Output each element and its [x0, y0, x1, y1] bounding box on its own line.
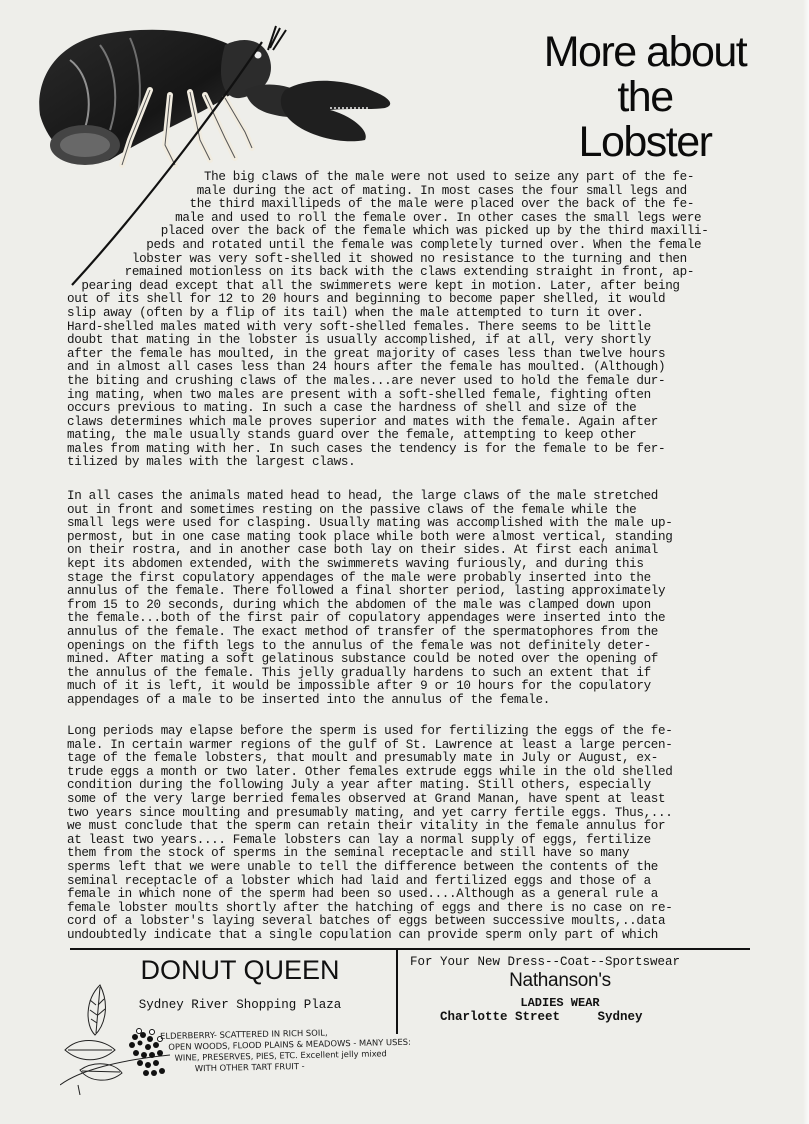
article-text-line: two years since moulting and presumably …	[67, 807, 767, 821]
article-text-line: the third maxillipeds of the male were p…	[67, 198, 767, 212]
article-text-line: placed over the back of the female which…	[67, 225, 767, 239]
article-text-line: the annulus of the female. This jelly gr…	[67, 667, 767, 681]
article-text-line: at least two years.... Female lobsters c…	[67, 834, 767, 848]
page-edge	[803, 0, 809, 1124]
nathansons-ad-name: Nathanson's	[410, 970, 710, 992]
article-text-line: appendages of a male to be inserted into…	[67, 694, 767, 708]
article-text-line: male during the act of mating. In most c…	[67, 185, 767, 199]
article-text-line: we must conclude that the sperm can reta…	[67, 820, 767, 834]
article-text-line: some of the very large berried females o…	[67, 793, 767, 807]
title-line: Lobster	[520, 120, 770, 165]
article-text-line: after the female has moulted, in the gre…	[67, 348, 767, 362]
article-text-line: much of it is left, it would be impossib…	[67, 680, 767, 694]
article-text-line: claws determines which male proves super…	[67, 416, 767, 430]
article-text-line: on their rostra, and in another case bot…	[67, 544, 767, 558]
article-paragraph-1: The big claws of the male were not used …	[67, 171, 767, 470]
article-text-line: tage of the female lobsters, that moult …	[67, 752, 767, 766]
article-text-line: Hard-shelled males mated with very soft-…	[67, 321, 767, 335]
article-text-line: out of its shell for 12 to 20 hours and …	[67, 293, 767, 307]
article-text-line: males from mating with her. In such case…	[67, 443, 767, 457]
article-text-line: the female...both of the first pair of c…	[67, 612, 767, 626]
article-text-line: female lobster moults shortly after the …	[67, 902, 767, 916]
article-text-line: the biting and crushing claws of the mal…	[67, 375, 767, 389]
article-text-line: slip away (often by a flip of its tail) …	[67, 307, 767, 321]
article-text-line: openings on the fifth legs to the annulu…	[67, 640, 767, 654]
article-text-line: sperms left that we were unable to tell …	[67, 861, 767, 875]
title-line: More about	[520, 30, 770, 75]
article-paragraph-2: In all cases the animals mated head to h…	[67, 490, 767, 708]
article-text-line: annulus of the female. The exact method …	[67, 626, 767, 640]
article-text-line: stage the first copulatory appendages of…	[67, 572, 767, 586]
article-text-line: out in front and sometimes resting on th…	[67, 504, 767, 518]
article-text-line: male and used to roll the female over. I…	[67, 212, 767, 226]
article-text-line: kept its abdomen extended, with the swim…	[67, 558, 767, 572]
article-text-line: The big claws of the male were not used …	[67, 171, 767, 185]
article-text-line: lobster was very soft-shelled it showed …	[67, 253, 767, 267]
ads-divider-horizontal	[70, 948, 750, 950]
article-text-line: permost, but in one case mating took pla…	[67, 531, 767, 545]
nathansons-ad-address: Charlotte Street Sydney	[440, 1010, 643, 1024]
handwritten-elderberry-note: ELDERBERRY- SCATTERED IN RICH SOIL, OPEN…	[160, 1024, 501, 1075]
article-text-line: ing mating, when two males are present w…	[67, 389, 767, 403]
article-text-line: tilized by males with the largest claws.	[67, 456, 767, 470]
article-text-line: undoubtedly indicate that a single copul…	[67, 929, 767, 943]
article-text-line: condition during the following July a ye…	[67, 779, 767, 793]
article-text-line: annulus of the female. There followed a …	[67, 585, 767, 599]
article-paragraph-3: Long periods may elapse before the sperm…	[67, 725, 767, 943]
article-text-line: doubt that mating in the lobster is usua…	[67, 334, 767, 348]
article-text-line: and in almost all cases less than 24 hou…	[67, 361, 767, 375]
article-text-line: occurs previous to mating. In such a cas…	[67, 402, 767, 416]
article-text-line: female in which none of the sperm had be…	[67, 888, 767, 902]
article-text-line: pearing dead except that all the swimmer…	[67, 280, 767, 294]
article-title: More about the Lobster	[520, 30, 770, 165]
ads-divider-vertical	[396, 950, 398, 1034]
article-text-line: them from the stock of sperms in the sem…	[67, 847, 767, 861]
article-text-line: male. In certain warmer regions of the g…	[67, 739, 767, 753]
article-text-line: mined. After mating a soft gelatinous su…	[67, 653, 767, 667]
title-line: the	[520, 75, 770, 120]
article-text-line: Long periods may elapse before the sperm…	[67, 725, 767, 739]
article-text-line: mating, the male usually stands guard ov…	[67, 429, 767, 443]
article-text-line: remained motionless on its back with the…	[67, 266, 767, 280]
article-text-line: trude eggs a month or two later. Other f…	[67, 766, 767, 780]
article-text-line: In all cases the animals mated head to h…	[67, 490, 767, 504]
article-text-line: from 15 to 20 seconds, during which the …	[67, 599, 767, 613]
nathansons-ad-tagline: For Your New Dress--Coat--Sportswear	[410, 955, 680, 969]
article-text-line: small legs were used for clasping. Usual…	[67, 517, 767, 531]
nathansons-ad-subtitle: LADIES WEAR	[410, 996, 710, 1010]
article-text-line: seminal receptacle of a lobster which ha…	[67, 875, 767, 889]
lobster-illustration	[30, 20, 400, 170]
article-text-line: peds and rotated until the female was co…	[67, 239, 767, 253]
article-text-line: cord of a lobster's laying several batch…	[67, 915, 767, 929]
